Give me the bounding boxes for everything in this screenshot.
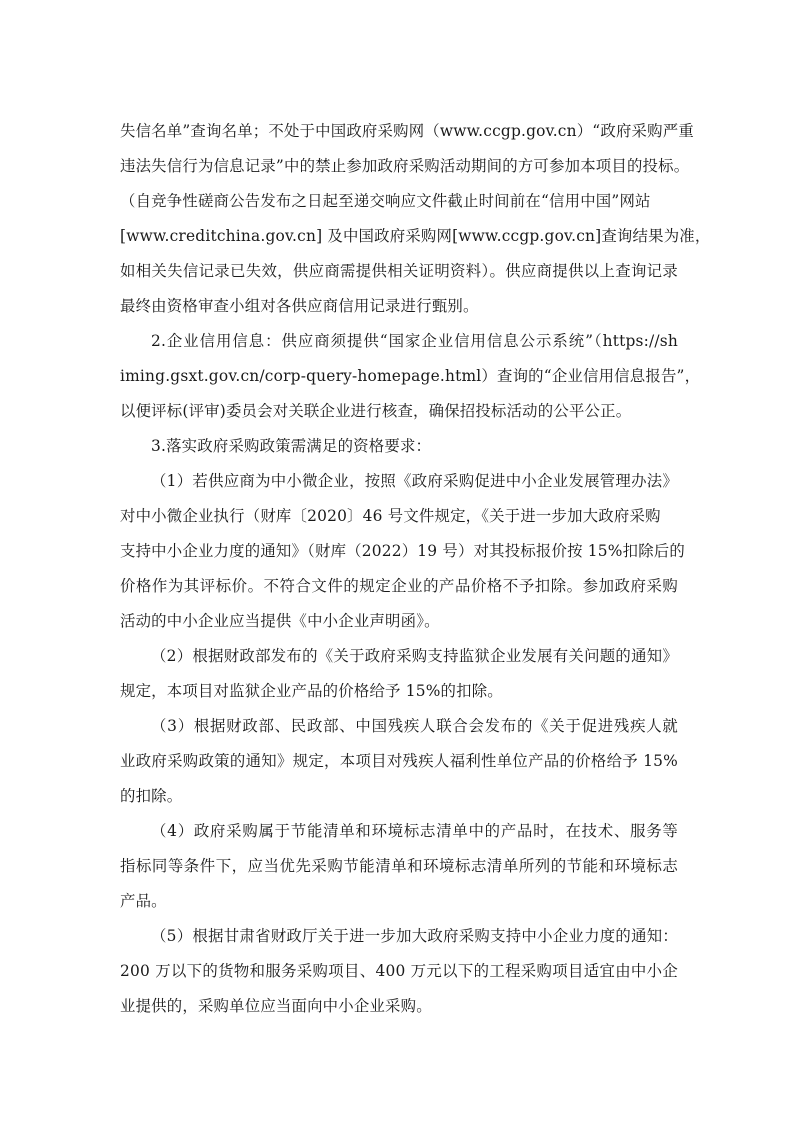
paragraph-2-line: iming.gsxt.gov.cn/corp-query-homepage.ht… [120,359,678,394]
paragraph-6-line: 业政府采购政策的通知》规定，本项目对残疾人福利性单位产品的价格给予 15% [120,744,678,779]
paragraph-4-line: 价格作为其评标价。不符合文件的规定企业的产品价格不予扣除。参加政府采购 [120,569,678,604]
paragraph-6-line: （3）根据财政部、民政部、中国残疾人联合会发布的《关于促进残疾人就 [120,709,678,744]
paragraph-1-line: 如相关失信记录已失效，供应商需提供相关证明资料）。供应商提供以上查询记录 [120,254,678,289]
paragraph-5-line: 规定，本项目对监狱企业产品的价格给予 15%的扣除。 [120,674,678,709]
paragraph-4-line: 活动的中小企业应当提供《中小企业声明函》。 [120,604,678,639]
paragraph-7-line: 指标同等条件下，应当优先采购节能清单和环境标志清单所列的节能和环境标志 [120,849,678,884]
paragraph-8-line: （5）根据甘肃省财政厅关于进一步加大政府采购支持中小企业力度的通知： [120,919,678,954]
paragraph-6-line: 的扣除。 [120,779,678,814]
paragraph-4-line: 对中小微企业执行（财库〔2020〕46 号文件规定，《关于进一步加大政府采购 [120,499,678,534]
paragraph-7-line: （4）政府采购属于节能清单和环境标志清单中的产品时，在技术、服务等 [120,814,678,849]
paragraph-8-line: 业提供的，采购单位应当面向中小企业采购。 [120,989,678,1024]
paragraph-2-line: 2.企业信用信息：供应商须提供“国家企业信用信息公示系统”（https://sh [120,324,678,359]
paragraph-8-line: 200 万以下的货物和服务采购项目、400 万元以下的工程采购项目适宜由中小企 [120,954,678,989]
document-page: 失信名单”查询名单；不处于中国政府采购网（www.ccgp.gov.cn）“政府… [120,114,678,1024]
paragraph-3-line: 3.落实政府采购政策需满足的资格要求： [120,429,678,464]
paragraph-1-line: 失信名单”查询名单；不处于中国政府采购网（www.ccgp.gov.cn）“政府… [120,114,678,149]
paragraph-1-line: （自竞争性磋商公告发布之日起至递交响应文件截止时间前在“信用中国”网站 [120,184,678,219]
paragraph-4-line: 支持中小企业力度的通知》（财库（2022）19 号）对其投标报价按 15%扣除后… [120,534,678,569]
paragraph-1-line: 最终由资格审查小组对各供应商信用记录进行甄别。 [120,289,678,324]
paragraph-5-line: （2）根据财政部发布的《关于政府采购支持监狱企业发展有关问题的通知》 [120,639,678,674]
document-body: 失信名单”查询名单；不处于中国政府采购网（www.ccgp.gov.cn）“政府… [120,114,678,1024]
paragraph-1-line: 违法失信行为信息记录”中的禁止参加政府采购活动期间的方可参加本项目的投标。 [120,149,678,184]
paragraph-1-line: [www.creditchina.gov.cn] 及中国政府采购网[www.cc… [120,219,678,254]
paragraph-4-line: （1）若供应商为中小微企业，按照《政府采购促进中小企业发展管理办法》 [120,464,678,499]
paragraph-7-line: 产品。 [120,884,678,919]
paragraph-2-line: 以便评标(评审)委员会对关联企业进行核查，确保招投标活动的公平公正。 [120,394,678,429]
